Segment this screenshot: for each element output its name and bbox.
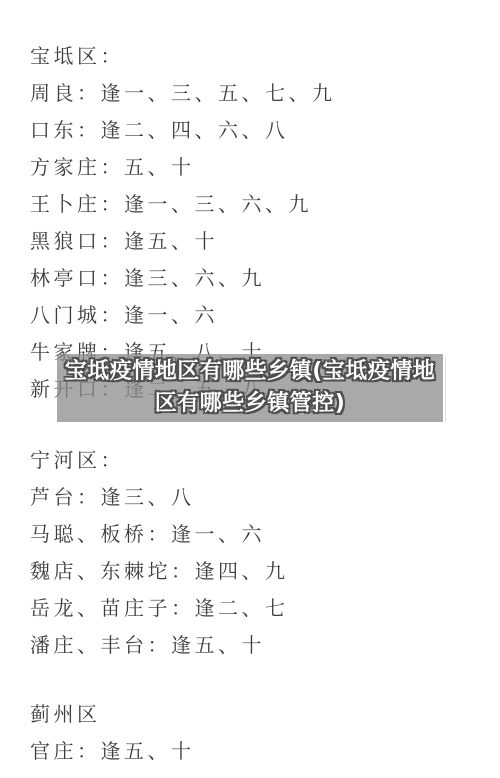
schedule-line: 周良：逢一、三、五、七、九 [30, 75, 490, 112]
section-heading-ninghe: 宁河区： [30, 442, 490, 479]
schedule-line: 方家庄：五、十 [30, 149, 490, 186]
schedule-line: 官庄：逢五、十 [30, 733, 490, 770]
overlay-edge-artifact [445, 356, 446, 422]
schedule-line: 王卜庄：逢一、三、六、九 [30, 186, 490, 223]
overlay-title-line1: 宝坻疫情地区有哪些乡镇(宝坻疫情地 [65, 356, 436, 388]
schedule-line: 岳龙、苗庄子：逢二、七 [30, 590, 490, 627]
schedule-line: 芦台：逢三、八 [30, 479, 490, 516]
section-spacer [30, 664, 490, 696]
overlay-title-line2: 区有哪些乡镇管控) [155, 388, 346, 420]
section-heading-baodi: 宝坻区： [30, 38, 490, 75]
schedule-line: 黑狼口：逢五、十 [30, 223, 490, 260]
article-page: 宝坻区： 周良：逢一、三、五、七、九 口东：逢二、四、六、八 方家庄：五、十 王… [0, 0, 500, 778]
schedule-line: 魏店、东棘坨：逢四、九 [30, 553, 490, 590]
schedule-line: 八门城：逢一、六 [30, 297, 490, 334]
schedule-line: 潘庄、丰台：逢五、十 [30, 627, 490, 664]
title-overlay: 宝坻疫情地区有哪些乡镇(宝坻疫情地 区有哪些乡镇管控) [57, 354, 443, 422]
section-heading-jizhou: 蓟州区 [30, 696, 490, 733]
schedule-line: 马聪、板桥：逢一、六 [30, 516, 490, 553]
schedule-line: 林亭口：逢三、六、九 [30, 260, 490, 297]
schedule-line: 口东：逢二、四、六、八 [30, 112, 490, 149]
